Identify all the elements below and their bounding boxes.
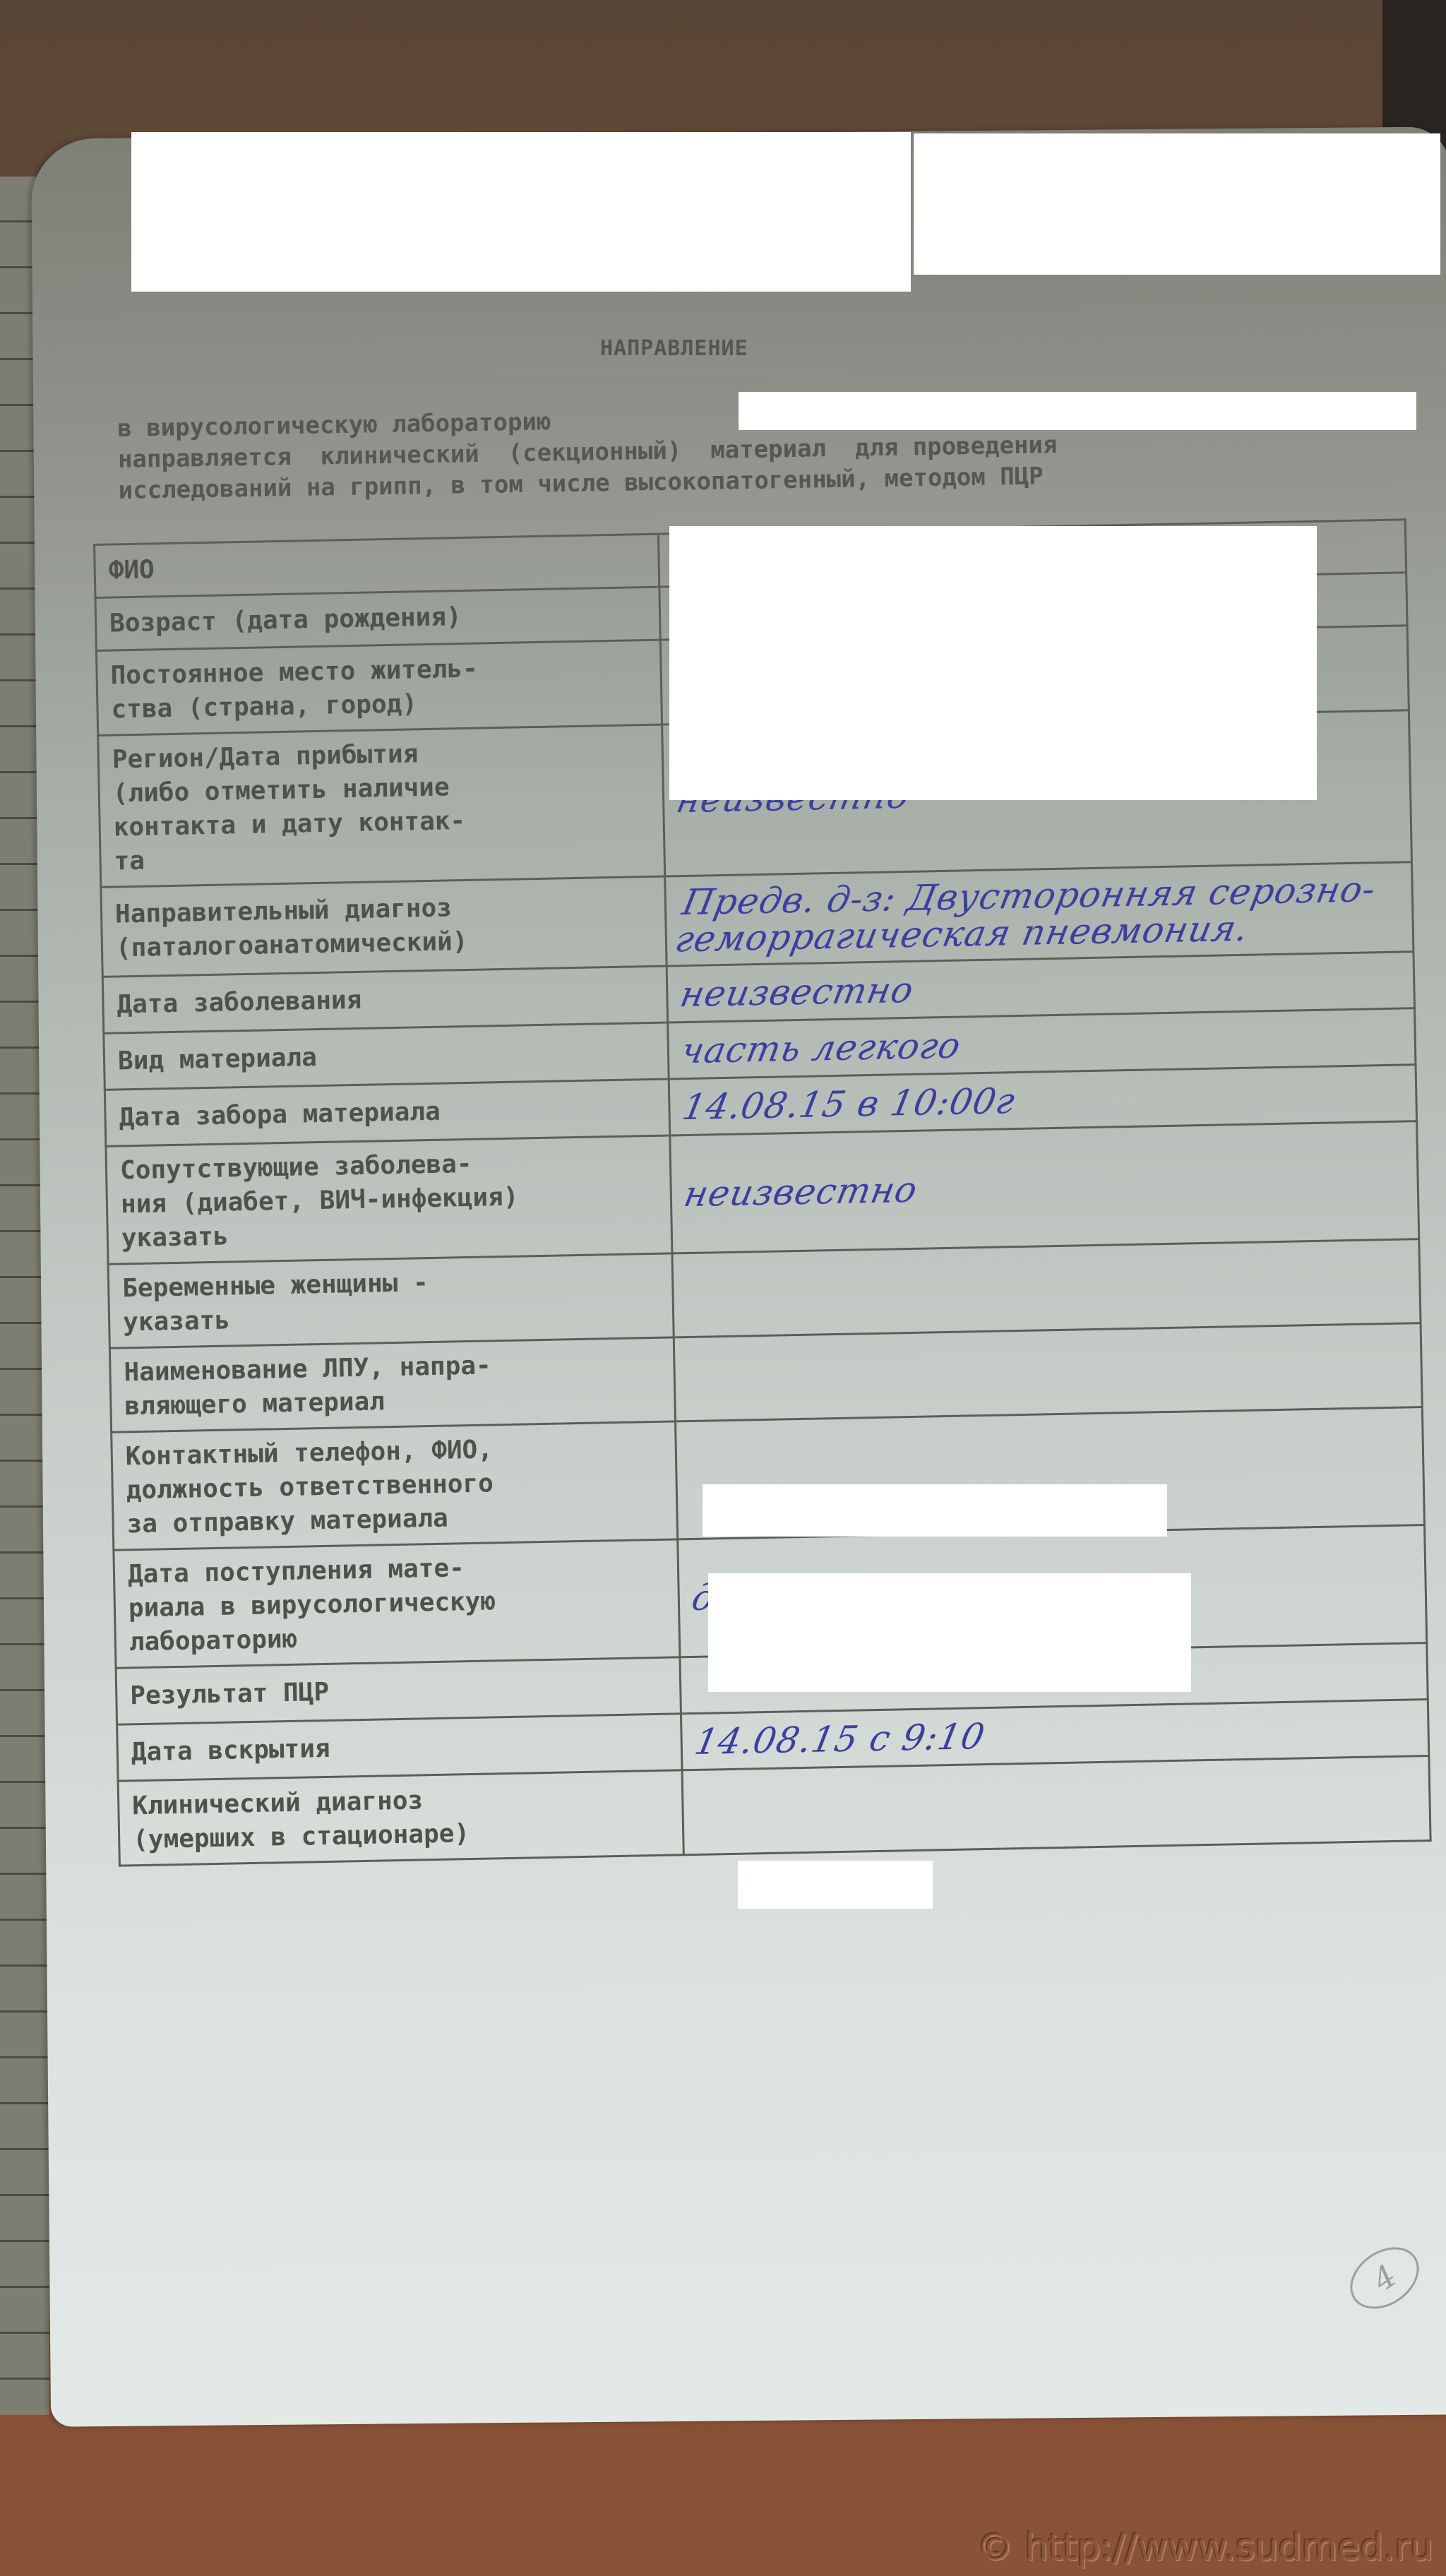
form-field-label: Регион/Дата прибытия (либо отметить нали… bbox=[98, 724, 665, 887]
form-field-label: Контактный телефон, ФИО, должность ответ… bbox=[112, 1421, 678, 1550]
redaction-laboratory-name bbox=[739, 392, 1416, 430]
form-field-label: Направительный диагноз (паталогоанатомич… bbox=[101, 876, 667, 977]
document-title: НАПРАВЛЕНИЕ bbox=[600, 336, 748, 361]
form-field-value bbox=[672, 1239, 1421, 1337]
handwritten-entry: 14.08.15 с 9:10 bbox=[692, 1717, 988, 1760]
handwritten-entry: неизвестно bbox=[681, 1171, 921, 1213]
redaction-personal-data bbox=[669, 526, 1317, 800]
redaction-header-left bbox=[131, 132, 911, 292]
form-field-label: Клинический диагноз (умерших в стационар… bbox=[118, 1770, 683, 1866]
form-field-label: Результат ПЦР bbox=[116, 1657, 681, 1724]
form-field-label: Дата вскрытия bbox=[117, 1714, 682, 1781]
handwritten-entry: часть легкого bbox=[679, 1027, 964, 1069]
redaction-contact bbox=[708, 1573, 1191, 1692]
form-field-label: Вид материала bbox=[104, 1022, 669, 1090]
page-number: 4 bbox=[1366, 2258, 1403, 2298]
redaction-pcr-result bbox=[738, 1861, 933, 1909]
form-field-label: Дата поступления мате- риала в вирусолог… bbox=[114, 1539, 680, 1668]
form-field-value bbox=[674, 1323, 1422, 1421]
watermark: © http://www.sudmed.ru bbox=[976, 2527, 1433, 2569]
redaction-header-right bbox=[914, 133, 1440, 275]
handwritten-entry: 14.08.15 в 10:00г bbox=[679, 1082, 1018, 1125]
form-field-label: Постоянное место житель- ства (страна, г… bbox=[96, 640, 662, 735]
form-field-label: Дата забора материала bbox=[104, 1079, 669, 1146]
handwritten-entry: неизвестно bbox=[677, 971, 916, 1013]
form-field-label: Сопутствующие заболева- ния (диабет, ВИЧ… bbox=[106, 1135, 672, 1264]
form-field-value: неизвестно bbox=[670, 1121, 1419, 1253]
form-field-label: Беременные женщины - указать bbox=[108, 1253, 674, 1348]
form-field-value: Предв. д-з: Двусторонняя серозно-геморра… bbox=[665, 862, 1414, 966]
form-field-value bbox=[682, 1755, 1430, 1854]
redaction-lpu-name bbox=[703, 1484, 1167, 1537]
handwritten-entry: Предв. д-з: Двусторонняя серозно-геморра… bbox=[672, 870, 1406, 958]
form-field-label: Наименование ЛПУ, напра- вляющего матери… bbox=[109, 1337, 675, 1432]
form-field-label: Дата заболевания bbox=[102, 966, 667, 1033]
